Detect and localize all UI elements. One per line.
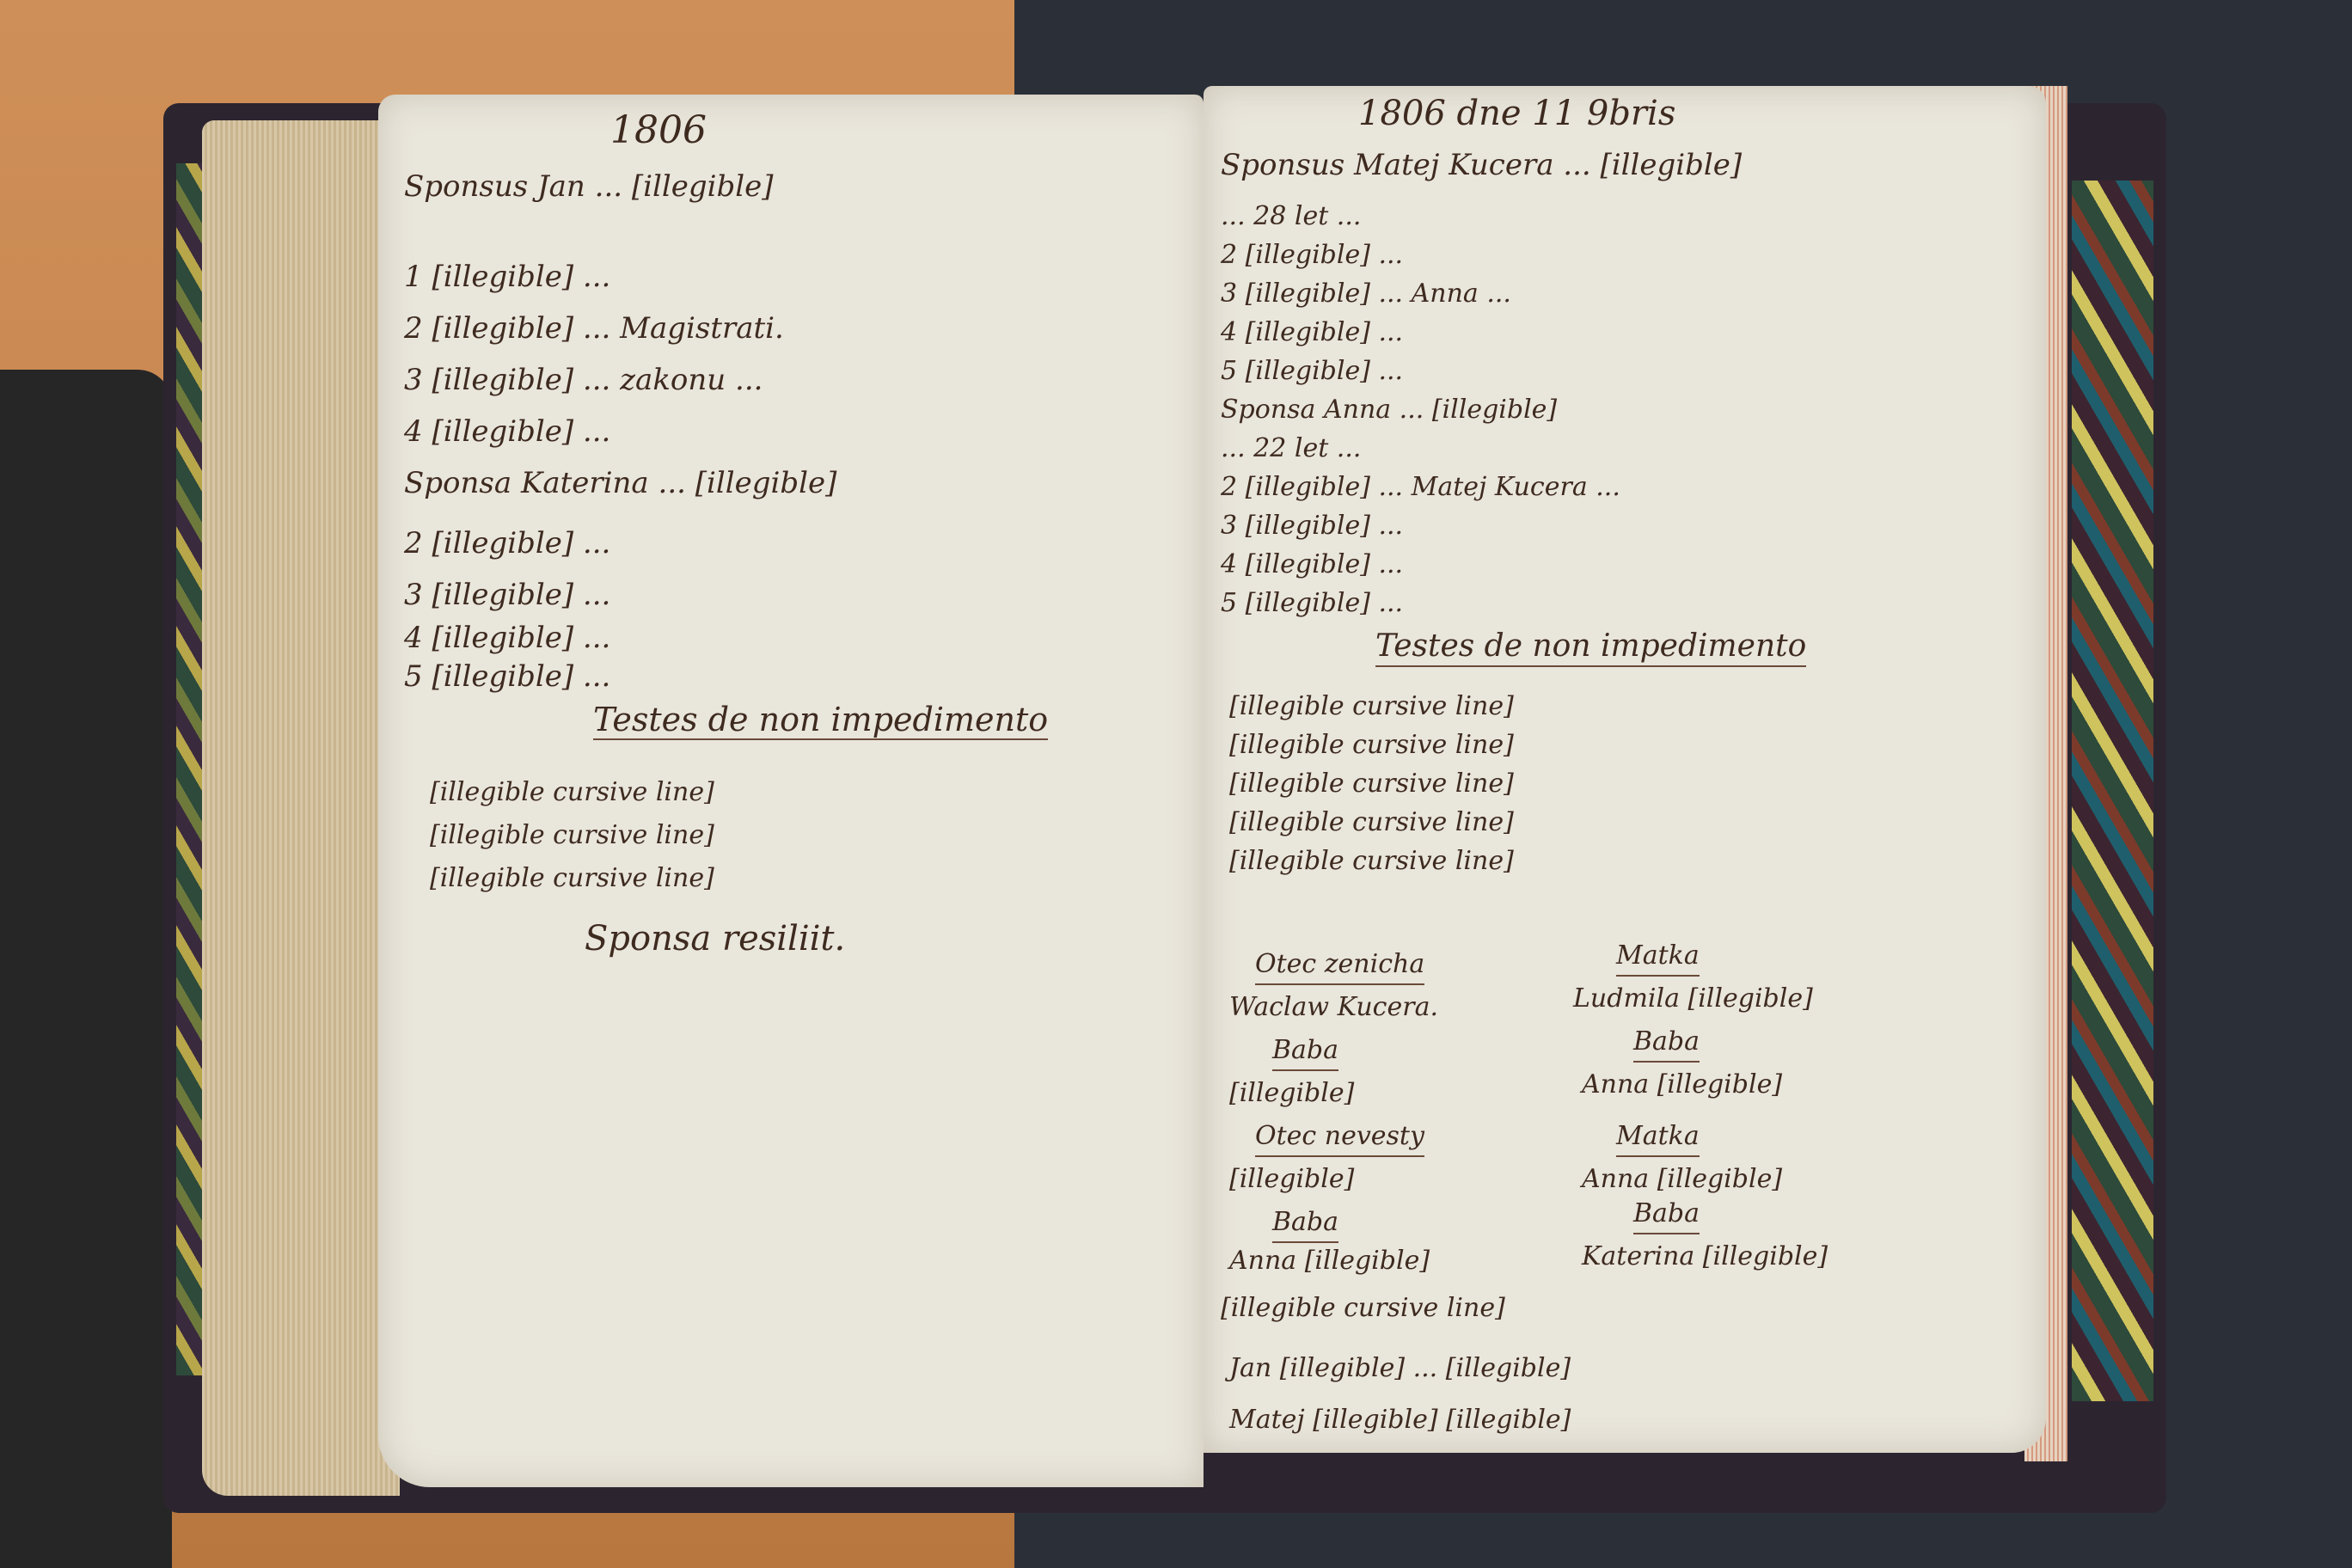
witness-text-line: [illegible cursive line] <box>1229 804 1514 842</box>
witness-text-line: [illegible cursive line] <box>1229 842 1514 880</box>
entry-line: 4 [illegible] ... <box>1221 546 1403 584</box>
left-page: 1806 Sponsus Jan ... [illegible] 1 [ille… <box>378 95 1204 1487</box>
witness-name: [illegible] <box>1229 1075 1354 1112</box>
entry-line: 4 [illegible] ... <box>1221 314 1403 352</box>
witness-role: Matka <box>1616 1118 1700 1157</box>
witness-role: Baba <box>1272 1032 1338 1071</box>
entry-line: 4 [illegible] ... <box>404 413 610 450</box>
entry-intro: Sponsus Matej Kucera ... [illegible] <box>1221 146 1742 184</box>
entry-intro: Sponsus Jan ... [illegible] <box>404 168 774 205</box>
witness-name: Waclaw Kucera. <box>1229 989 1438 1026</box>
entry-line: 5 [illegible] ... <box>404 658 610 695</box>
entry-line: 5 [illegible] ... <box>1221 585 1403 622</box>
closing-line: [illegible cursive line] <box>1221 1289 1505 1327</box>
witness-text-line: [illegible cursive line] <box>430 774 714 812</box>
signature: Jan [illegible] ... [illegible] <box>1229 1350 1571 1387</box>
marbled-endpaper-right <box>2072 181 2153 1401</box>
right-page: 1806 dne 11 9bris Sponsus Matej Kucera .… <box>1204 86 2046 1453</box>
section-heading: Testes de non impedimento <box>593 701 1048 740</box>
witness-name: [illegible] <box>1229 1161 1354 1198</box>
entry-line: 3 [illegible] ... <box>404 576 610 614</box>
entry-line: 3 [illegible] ... zakonu ... <box>404 361 763 399</box>
witness-role: Baba <box>1633 1023 1700 1063</box>
entry-line: ... 22 let ... <box>1221 430 1361 468</box>
witness-name: Ludmila [illegible] <box>1573 980 1813 1018</box>
entry-line: 2 [illegible] ... Magistrati. <box>404 309 784 347</box>
witness-text-line: [illegible cursive line] <box>430 860 714 897</box>
witness-text-line: [illegible cursive line] <box>430 817 714 854</box>
entry-line: 2 [illegible] ... Matej Kucera ... <box>1221 469 1620 506</box>
witness-text-line: [illegible cursive line] <box>1229 765 1514 803</box>
witness-name: Anna [illegible] <box>1229 1242 1430 1280</box>
section-heading: Testes de non impedimento <box>1375 628 1806 667</box>
entry-line: 5 [illegible] ... <box>1221 352 1403 390</box>
foam-support <box>0 370 172 1568</box>
witness-role: Otec zenicha <box>1255 946 1424 985</box>
signature: Matej [illegible] [illegible] <box>1229 1401 1571 1439</box>
entry-line: Sponsa Anna ... [illegible] <box>1221 391 1557 429</box>
witness-name: Anna [illegible] <box>1582 1161 1782 1198</box>
entry-line: 1 [illegible] ... <box>404 258 610 296</box>
page-block-edge <box>202 120 400 1496</box>
witness-text-line: [illegible cursive line] <box>1229 688 1514 726</box>
page-header: 1806 dne 11 9bris <box>1358 95 1675 132</box>
page-header: 1806 <box>610 112 707 150</box>
entry-line: Sponsa Katerina ... [illegible] <box>404 464 836 502</box>
witness-name: Katerina [illegible] <box>1582 1238 1828 1276</box>
entry-line: 3 [illegible] ... <box>1221 507 1403 545</box>
entry-line: 2 [illegible] ... <box>1221 236 1403 274</box>
entry-line: 4 [illegible] ... <box>404 619 610 657</box>
witness-text-line: [illegible cursive line] <box>1229 726 1514 764</box>
entry-line: ... 28 let ... <box>1221 198 1361 236</box>
entry-line: 3 [illegible] ... Anna ... <box>1221 275 1511 313</box>
witness-role: Otec nevesty <box>1255 1118 1424 1157</box>
witness-name: Anna [illegible] <box>1582 1066 1782 1104</box>
entry-line: 2 [illegible] ... <box>404 524 610 562</box>
closing-note: Sponsa resiliit. <box>585 920 845 958</box>
witness-role: Baba <box>1633 1195 1700 1234</box>
witness-role: Matka <box>1616 937 1700 977</box>
witness-role: Baba <box>1272 1204 1338 1243</box>
